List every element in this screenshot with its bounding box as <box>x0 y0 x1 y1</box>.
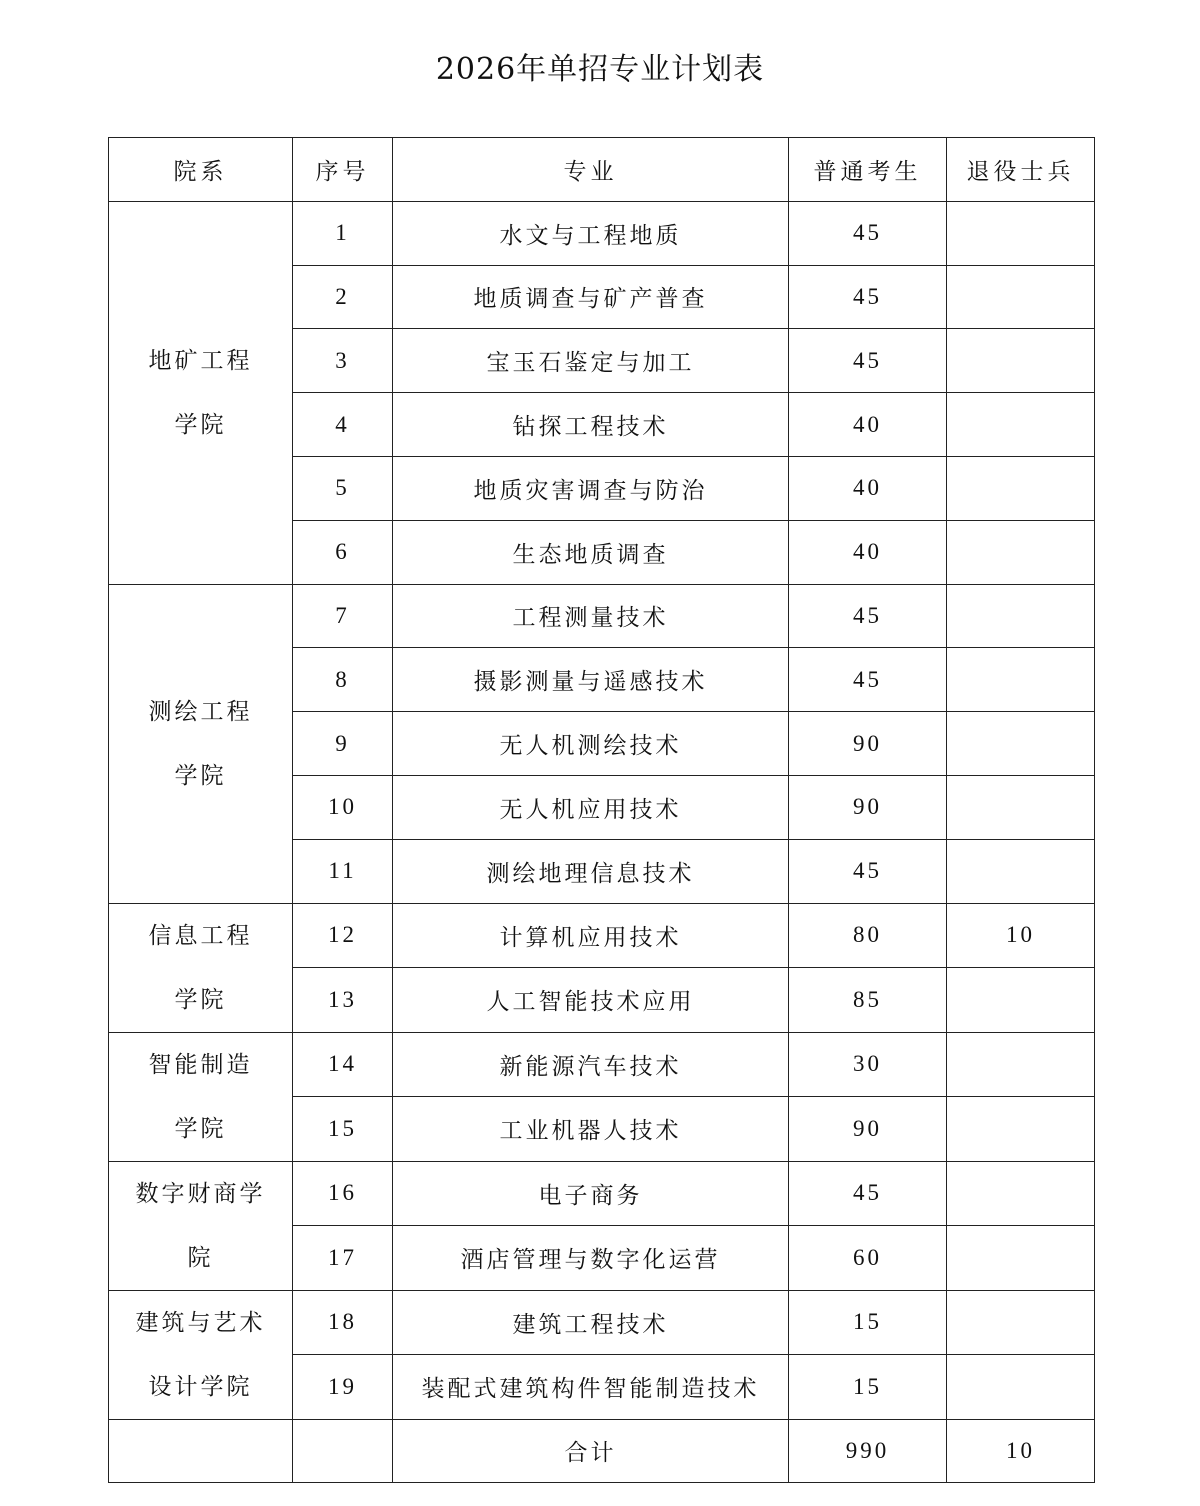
seq-cell: 16 <box>293 1161 393 1226</box>
veteran-count-cell <box>947 1161 1095 1226</box>
veteran-count-cell <box>947 265 1095 329</box>
veteran-count-cell <box>947 1355 1095 1420</box>
dept-cell: 数字财商学院 <box>109 1161 293 1290</box>
seq-cell: 12 <box>293 903 393 968</box>
veteran-count-cell <box>947 712 1095 776</box>
major-cell: 工程测量技术 <box>393 584 789 648</box>
veteran-count-cell <box>947 968 1095 1033</box>
major-cell: 无人机测绘技术 <box>393 712 789 776</box>
dept-cell: 地矿工程学院 <box>109 201 293 584</box>
table-row: 建筑与艺术设计学院18建筑工程技术15 <box>109 1290 1095 1355</box>
seq-cell: 17 <box>293 1226 393 1291</box>
dept-cell: 测绘工程学院 <box>109 584 293 903</box>
table-row: 地矿工程学院1水文与工程地质45 <box>109 201 1095 265</box>
seq-cell: 4 <box>293 393 393 457</box>
dept-cell: 信息工程学院 <box>109 903 293 1032</box>
table-row: 信息工程学院12计算机应用技术8010 <box>109 903 1095 968</box>
dept-cell: 建筑与艺术设计学院 <box>109 1290 293 1419</box>
regular-count-cell: 80 <box>789 903 947 968</box>
header-regular: 普通考生 <box>789 138 947 202</box>
major-cell: 生态地质调查 <box>393 520 789 584</box>
regular-count-cell: 15 <box>789 1290 947 1355</box>
seq-cell: 10 <box>293 775 393 839</box>
total-label: 合计 <box>393 1419 789 1483</box>
plan-table: 院系 序号 专业 普通考生 退役士兵 地矿工程学院1水文与工程地质452地质调查… <box>108 137 1095 1483</box>
table-row: 数字财商学院16电子商务45 <box>109 1161 1095 1226</box>
major-cell: 工业机器人技术 <box>393 1097 789 1162</box>
header-seq: 序号 <box>293 138 393 202</box>
regular-count-cell: 45 <box>789 648 947 712</box>
veteran-count-cell <box>947 839 1095 903</box>
seq-cell: 3 <box>293 329 393 393</box>
veteran-count-cell: 10 <box>947 903 1095 968</box>
regular-count-cell: 45 <box>789 201 947 265</box>
table-row: 测绘工程学院7工程测量技术45 <box>109 584 1095 648</box>
major-cell: 地质灾害调查与防治 <box>393 456 789 520</box>
seq-cell: 5 <box>293 456 393 520</box>
seq-cell: 19 <box>293 1355 393 1420</box>
major-cell: 人工智能技术应用 <box>393 968 789 1033</box>
dept-cell: 智能制造学院 <box>109 1032 293 1161</box>
major-cell: 钻探工程技术 <box>393 393 789 457</box>
veteran-count-cell <box>947 456 1095 520</box>
regular-count-cell: 90 <box>789 712 947 776</box>
major-cell: 建筑工程技术 <box>393 1290 789 1355</box>
regular-count-cell: 45 <box>789 584 947 648</box>
veteran-count-cell <box>947 775 1095 839</box>
seq-cell: 6 <box>293 520 393 584</box>
veteran-count-cell <box>947 584 1095 648</box>
header-major: 专业 <box>393 138 789 202</box>
table-row: 智能制造学院14新能源汽车技术30 <box>109 1032 1095 1097</box>
veteran-count-cell <box>947 201 1095 265</box>
veteran-count-cell <box>947 648 1095 712</box>
page-title: 2026年单招专业计划表 <box>0 44 1200 88</box>
regular-count-cell: 85 <box>789 968 947 1033</box>
major-cell: 水文与工程地质 <box>393 201 789 265</box>
regular-count-cell: 45 <box>789 265 947 329</box>
header-dept: 院系 <box>109 138 293 202</box>
seq-cell: 9 <box>293 712 393 776</box>
dept-name-line1: 测绘工程 <box>109 680 292 744</box>
regular-count-cell: 40 <box>789 393 947 457</box>
table-header-row: 院系 序号 专业 普通考生 退役士兵 <box>109 138 1095 202</box>
dept-name-line2: 学院 <box>109 1097 292 1161</box>
seq-cell: 11 <box>293 839 393 903</box>
dept-name-line1: 地矿工程 <box>109 329 292 393</box>
seq-cell: 8 <box>293 648 393 712</box>
seq-cell: 1 <box>293 201 393 265</box>
dept-name-line2: 学院 <box>109 968 292 1032</box>
regular-count-cell: 45 <box>789 329 947 393</box>
total-regular: 990 <box>789 1419 947 1483</box>
major-cell: 无人机应用技术 <box>393 775 789 839</box>
major-cell: 新能源汽车技术 <box>393 1032 789 1097</box>
dept-name-line2: 院 <box>109 1226 292 1290</box>
major-cell: 酒店管理与数字化运营 <box>393 1226 789 1291</box>
regular-count-cell: 45 <box>789 839 947 903</box>
dept-name-line2: 设计学院 <box>109 1355 292 1419</box>
major-cell: 电子商务 <box>393 1161 789 1226</box>
veteran-count-cell <box>947 393 1095 457</box>
major-cell: 计算机应用技术 <box>393 903 789 968</box>
regular-count-cell: 40 <box>789 520 947 584</box>
veteran-count-cell <box>947 1290 1095 1355</box>
major-cell: 测绘地理信息技术 <box>393 839 789 903</box>
seq-cell: 15 <box>293 1097 393 1162</box>
dept-name-line1: 信息工程 <box>109 904 292 968</box>
regular-count-cell: 40 <box>789 456 947 520</box>
veteran-count-cell <box>947 1226 1095 1291</box>
regular-count-cell: 30 <box>789 1032 947 1097</box>
veteran-count-cell <box>947 1097 1095 1162</box>
dept-name-line2: 学院 <box>109 393 292 457</box>
regular-count-cell: 45 <box>789 1161 947 1226</box>
regular-count-cell: 60 <box>789 1226 947 1291</box>
veteran-count-cell <box>947 329 1095 393</box>
major-cell: 宝玉石鉴定与加工 <box>393 329 789 393</box>
total-dept-cell <box>109 1419 293 1483</box>
major-cell: 地质调查与矿产普查 <box>393 265 789 329</box>
total-seq-cell <box>293 1419 393 1483</box>
regular-count-cell: 90 <box>789 1097 947 1162</box>
dept-name-line1: 智能制造 <box>109 1033 292 1097</box>
seq-cell: 13 <box>293 968 393 1033</box>
veteran-count-cell <box>947 1032 1095 1097</box>
regular-count-cell: 15 <box>789 1355 947 1420</box>
dept-name-line2: 学院 <box>109 744 292 808</box>
dept-name-line1: 建筑与艺术 <box>109 1291 292 1355</box>
total-veteran: 10 <box>947 1419 1095 1483</box>
major-cell: 摄影测量与遥感技术 <box>393 648 789 712</box>
total-row: 合计 990 10 <box>109 1419 1095 1483</box>
seq-cell: 2 <box>293 265 393 329</box>
major-cell: 装配式建筑构件智能制造技术 <box>393 1355 789 1420</box>
seq-cell: 7 <box>293 584 393 648</box>
seq-cell: 14 <box>293 1032 393 1097</box>
regular-count-cell: 90 <box>789 775 947 839</box>
veteran-count-cell <box>947 520 1095 584</box>
dept-name-line1: 数字财商学 <box>109 1162 292 1226</box>
header-veteran: 退役士兵 <box>947 138 1095 202</box>
seq-cell: 18 <box>293 1290 393 1355</box>
